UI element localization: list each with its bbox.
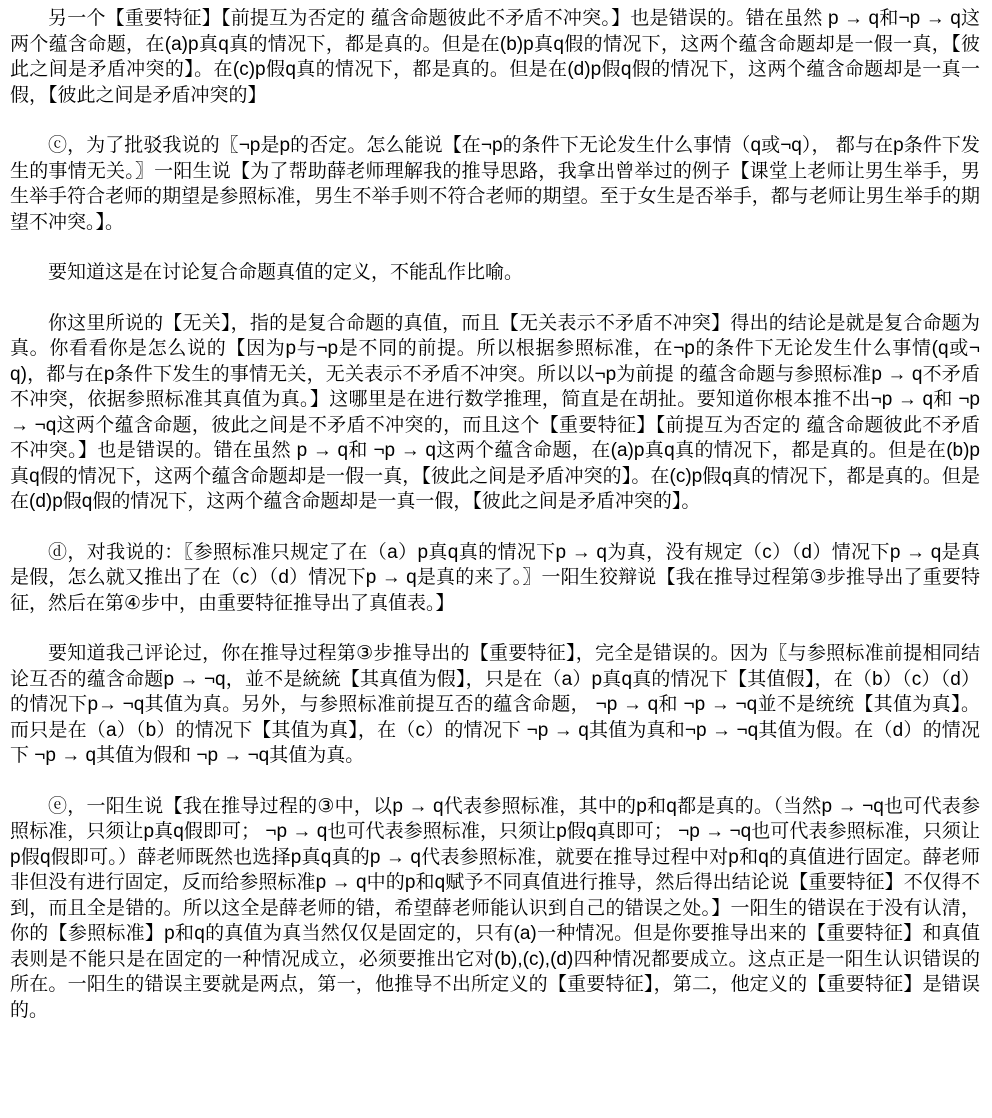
document-page: 另一个【重要特征】【前提互为否定的 蕴含命题彼此不矛盾不冲突。】也是错误的。错在…	[0, 0, 992, 1118]
paragraph-1: 另一个【重要特征】【前提互为否定的 蕴含命题彼此不矛盾不冲突。】也是错误的。错在…	[10, 6, 980, 108]
paragraph-5: ⓓ，对我说的：〖参照标准只规定了在（a）p真q真的情况下p → q为真，没有规定…	[10, 540, 980, 617]
paragraph-2: ⓒ，为了批驳我说的〖¬p是p的否定。怎么能说【在¬p的条件下无论发生什么事情（q…	[10, 133, 980, 235]
paragraph-7: ⓔ，一阳生说【我在推导过程的③中，以p → q代表参照标准，其中的p和q都是真的…	[10, 794, 980, 1024]
paragraph-3: 要知道这是在讨论复合命题真值的定义，不能乱作比喻。	[10, 260, 980, 286]
paragraph-4: 你这里所说的【无关】，指的是复合命题的真值，而且【无关表示不矛盾不冲突】得出的结…	[10, 311, 980, 515]
paragraph-6: 要知道我己评论过，你在推导过程第③步推导出的【重要特征】，完全是错误的。因为〖与…	[10, 641, 980, 769]
